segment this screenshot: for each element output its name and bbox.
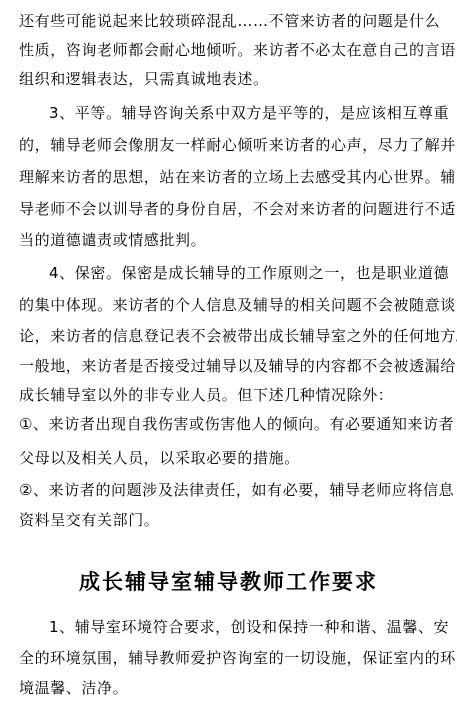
paragraph-line: 3、平等。辅导咨询关系中双方是平等的，是应该相互尊重 xyxy=(49,103,449,123)
paragraph-line: 还有些可能说起来比较琐碎混乱……不管来访者的问题是什么 xyxy=(19,11,440,31)
paragraph-line: 境温馨、洁净。 xyxy=(19,678,128,698)
paragraph-line: 组织和逻辑表达，只需真诚地表述。 xyxy=(19,69,269,89)
paragraph-line: 资料呈交有关部门。 xyxy=(19,510,159,530)
paragraph-line: 当的道德谴责或情感批判。 xyxy=(19,230,206,250)
paragraph-line: 的集中体现。来访者的个人信息及辅导的相关问题不会被随意谈 xyxy=(19,295,456,315)
paragraph-line: ①、来访者出现自我伤害或伤害他人的倾向。有必要通知来访者 xyxy=(19,414,454,434)
paragraph-line: 一般地，来访者是否接受过辅导以及辅导的内容都不会被透漏给 xyxy=(19,356,456,376)
paragraph-line: 导老师不会以训导者的身份自居，不会对来访者的问题进行不适 xyxy=(19,199,456,219)
paragraph-line: 4、保密。保密是成长辅导的工作原则之一，也是职业道德 xyxy=(49,263,449,283)
paragraph-line: 论，来访者的信息登记表不会被带出成长辅导室之外的任何地方。 xyxy=(19,326,457,346)
paragraph-line: ②、来访者的问题涉及法律责任，如有必要，辅导老师应将信息 xyxy=(19,480,454,500)
paragraph-line: 1、辅导室环境符合要求，创设和保持一种和谐、温馨、安 xyxy=(49,617,449,637)
paragraph-line: 的，辅导老师会像朋友一样耐心倾听来访者的心声，尽力了解并 xyxy=(19,135,456,155)
paragraph-line: 父母以及相关人员，以采取必要的措施。 xyxy=(19,448,300,468)
paragraph-line: 理解来访者的思想，站在来访者的立场上去感受其内心世界。辅 xyxy=(19,167,456,187)
section-heading: 成长辅导室辅导教师工作要求 xyxy=(0,566,457,596)
paragraph-line: 性质，咨询老师都会耐心地倾听。来访者不必太在意自己的言语 xyxy=(19,40,456,60)
paragraph-line: 成长辅导室以外的非专业人员。但下述几种情况除外： xyxy=(19,385,393,405)
paragraph-line: 全的环境氛围，辅导教师爱护咨询室的一切设施，保证室内的环 xyxy=(19,648,456,668)
